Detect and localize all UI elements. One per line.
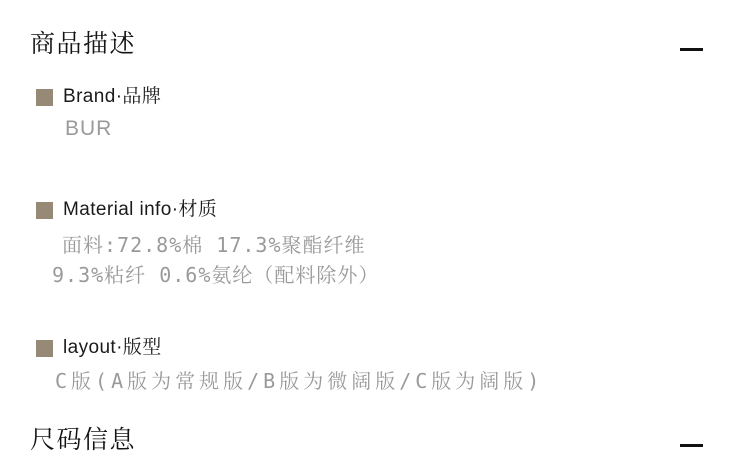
- bullet-square-icon: [36, 340, 53, 357]
- collapse-minus-icon[interactable]: [680, 48, 703, 51]
- attribute-brand-header: Brand·品牌: [0, 88, 750, 106]
- attribute-material-value-line2: 9.3%粘纤 0.6%氨纶（配料除外）: [0, 260, 750, 290]
- size-section-header: 尺码信息: [0, 424, 750, 456]
- attribute-layout-value: C版(A版为常规版/B版为微阔版/C版为阔版): [0, 366, 750, 396]
- description-section-header: 商品描述: [0, 28, 750, 60]
- collapse-minus-icon[interactable]: [680, 444, 703, 447]
- attribute-material-value-line1: 面料:72.8%棉 17.3%聚酯纤维: [0, 230, 750, 260]
- attribute-layout-label: layout·版型: [63, 339, 162, 357]
- attribute-material-header: Material info·材质: [0, 201, 750, 219]
- bullet-square-icon: [36, 202, 53, 219]
- attribute-brand-value: BUR: [0, 119, 750, 139]
- attribute-material-values: 面料:72.8%棉 17.3%聚酯纤维 9.3%粘纤 0.6%氨纶（配料除外）: [0, 230, 750, 290]
- attribute-layout: layout·版型 C版(A版为常规版/B版为微阔版/C版为阔版): [0, 339, 750, 396]
- attribute-brand-label: Brand·品牌: [63, 88, 161, 106]
- description-section-title: 商品描述: [30, 28, 136, 60]
- attribute-layout-header: layout·版型: [0, 339, 750, 357]
- attribute-material-label: Material info·材质: [63, 201, 217, 219]
- bullet-square-icon: [36, 89, 53, 106]
- size-section-title: 尺码信息: [30, 424, 136, 456]
- product-detail-page: 商品描述 Brand·品牌 BUR Material info·材质 面料:72…: [0, 0, 750, 473]
- attribute-material: Material info·材质 面料:72.8%棉 17.3%聚酯纤维 9.3…: [0, 201, 750, 290]
- attribute-brand: Brand·品牌 BUR: [0, 88, 750, 139]
